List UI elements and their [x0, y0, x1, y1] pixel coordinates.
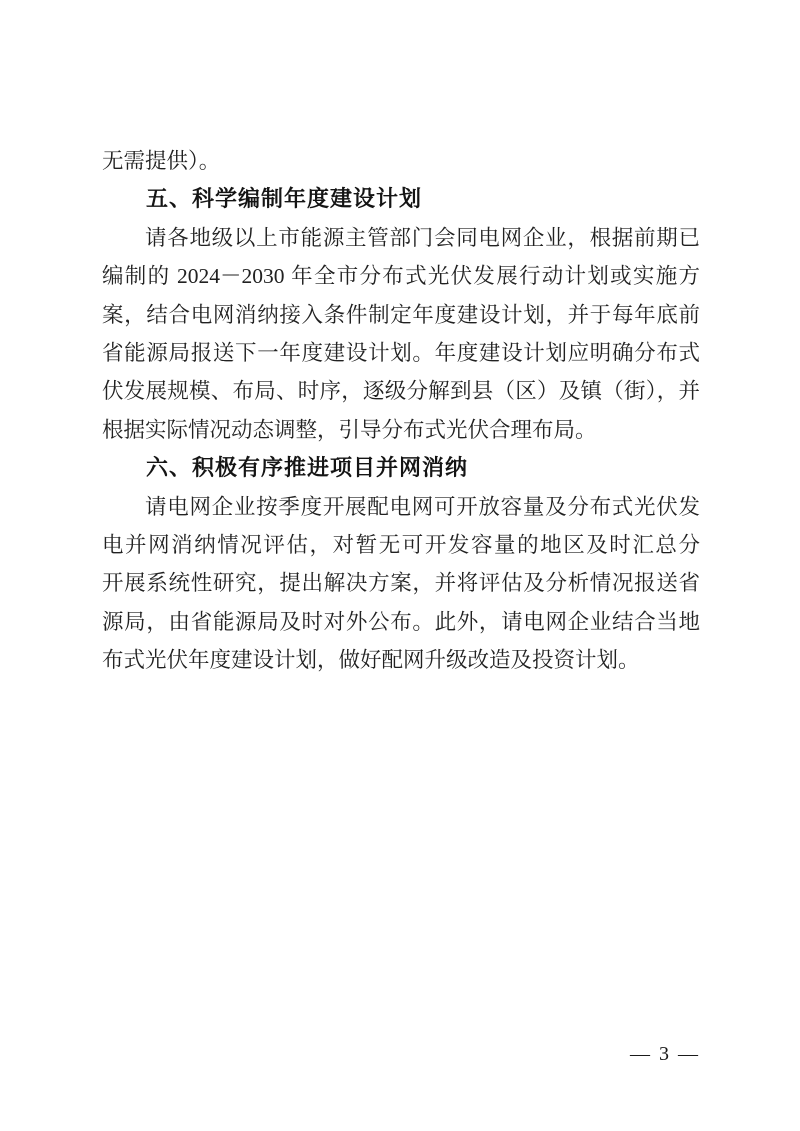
body-line: 根据实际情况动态调整，引导分布式光伏合理布局。 [102, 411, 700, 449]
section-heading: 六、积极有序推进项目并网消纳 [102, 449, 700, 487]
section-heading: 五、科学编制年度建设计划 [102, 180, 700, 218]
body-line: 伏发展规模、布局、时序，逐级分解到县（区）及镇（街），并 [102, 372, 700, 410]
body-line: 电并网消纳情况评估，对暂无可开发容量的地区及时汇总分析， [102, 526, 700, 564]
body-line: 布式光伏年度建设计划，做好配网升级改造及投资计划。 [102, 641, 700, 679]
body-line: 请各地级以上市能源主管部门会同电网企业，根据前期已经 [102, 219, 700, 257]
document-page: 无需提供）。五、科学编制年度建设计划请各地级以上市能源主管部门会同电网企业，根据… [0, 0, 800, 1131]
body-line: 请电网企业按季度开展配电网可开放容量及分布式光伏发 [102, 488, 700, 526]
body-line: 无需提供）。 [102, 142, 700, 180]
document-body: 无需提供）。五、科学编制年度建设计划请各地级以上市能源主管部门会同电网企业，根据… [102, 142, 700, 679]
body-line: 源局，由省能源局及时对外公布。此外，请电网企业结合当地分 [102, 603, 700, 641]
body-line: 开展系统性研究，提出解决方案，并将评估及分析情况报送省能 [102, 564, 700, 602]
body-line: 编制的 2024－2030 年全市分布式光伏发展行动计划或实施方 [102, 257, 700, 295]
body-line: 省能源局报送下一年度建设计划。年度建设计划应明确分布式光 [102, 334, 700, 372]
page-number: — 3 — [630, 1042, 700, 1066]
body-line: 案，结合电网消纳接入条件制定年度建设计划，并于每年底前向 [102, 296, 700, 334]
